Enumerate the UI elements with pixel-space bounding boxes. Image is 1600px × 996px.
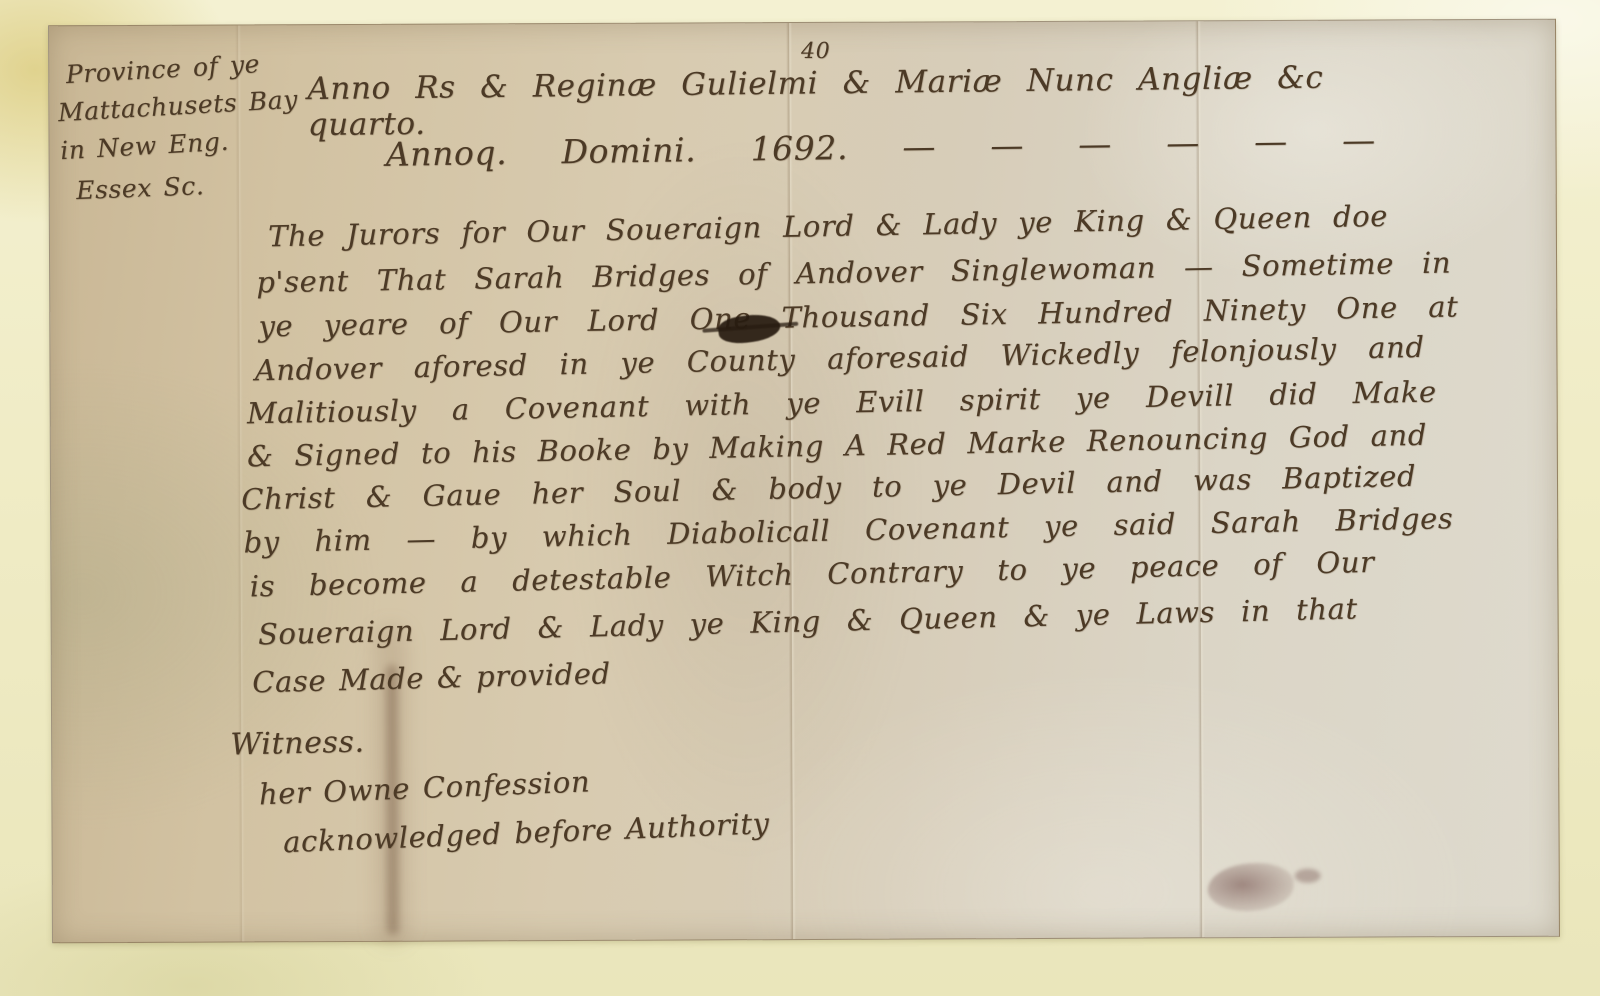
witness-heading: Witness. — [230, 725, 365, 763]
margin-note-province: Province of ye — [65, 51, 260, 87]
margin-note-county: Essex Sc. — [76, 173, 205, 203]
stain-speck — [1295, 869, 1321, 883]
witness-line-confession: her Owne Confession — [258, 764, 590, 811]
witness-line-acknowledged: acknowledged before Authority — [282, 806, 770, 859]
manuscript-paper-sheet: Province of ye Mattachusets Bay in New E… — [48, 19, 1560, 944]
regnal-year-superscript: 40 — [801, 39, 830, 64]
indictment-line: Soueraign Lord & Lady ye King & Queen & … — [258, 591, 1358, 651]
margin-note-colony: Mattachusets Bay — [57, 87, 298, 126]
indictment-line: The Jurors for Our Soueraign Lord & Lady… — [268, 199, 1388, 254]
indictment-line: p'sent That Sarah Bridges of Andover Sin… — [256, 246, 1451, 300]
indictment-line: Case Made & provided — [252, 656, 611, 699]
stain-bottom-right — [1208, 863, 1294, 911]
document-photo: { "document": { "margin_notes": [ "Provi… — [0, 0, 1600, 996]
margin-note-region: in New Eng. — [59, 129, 229, 164]
